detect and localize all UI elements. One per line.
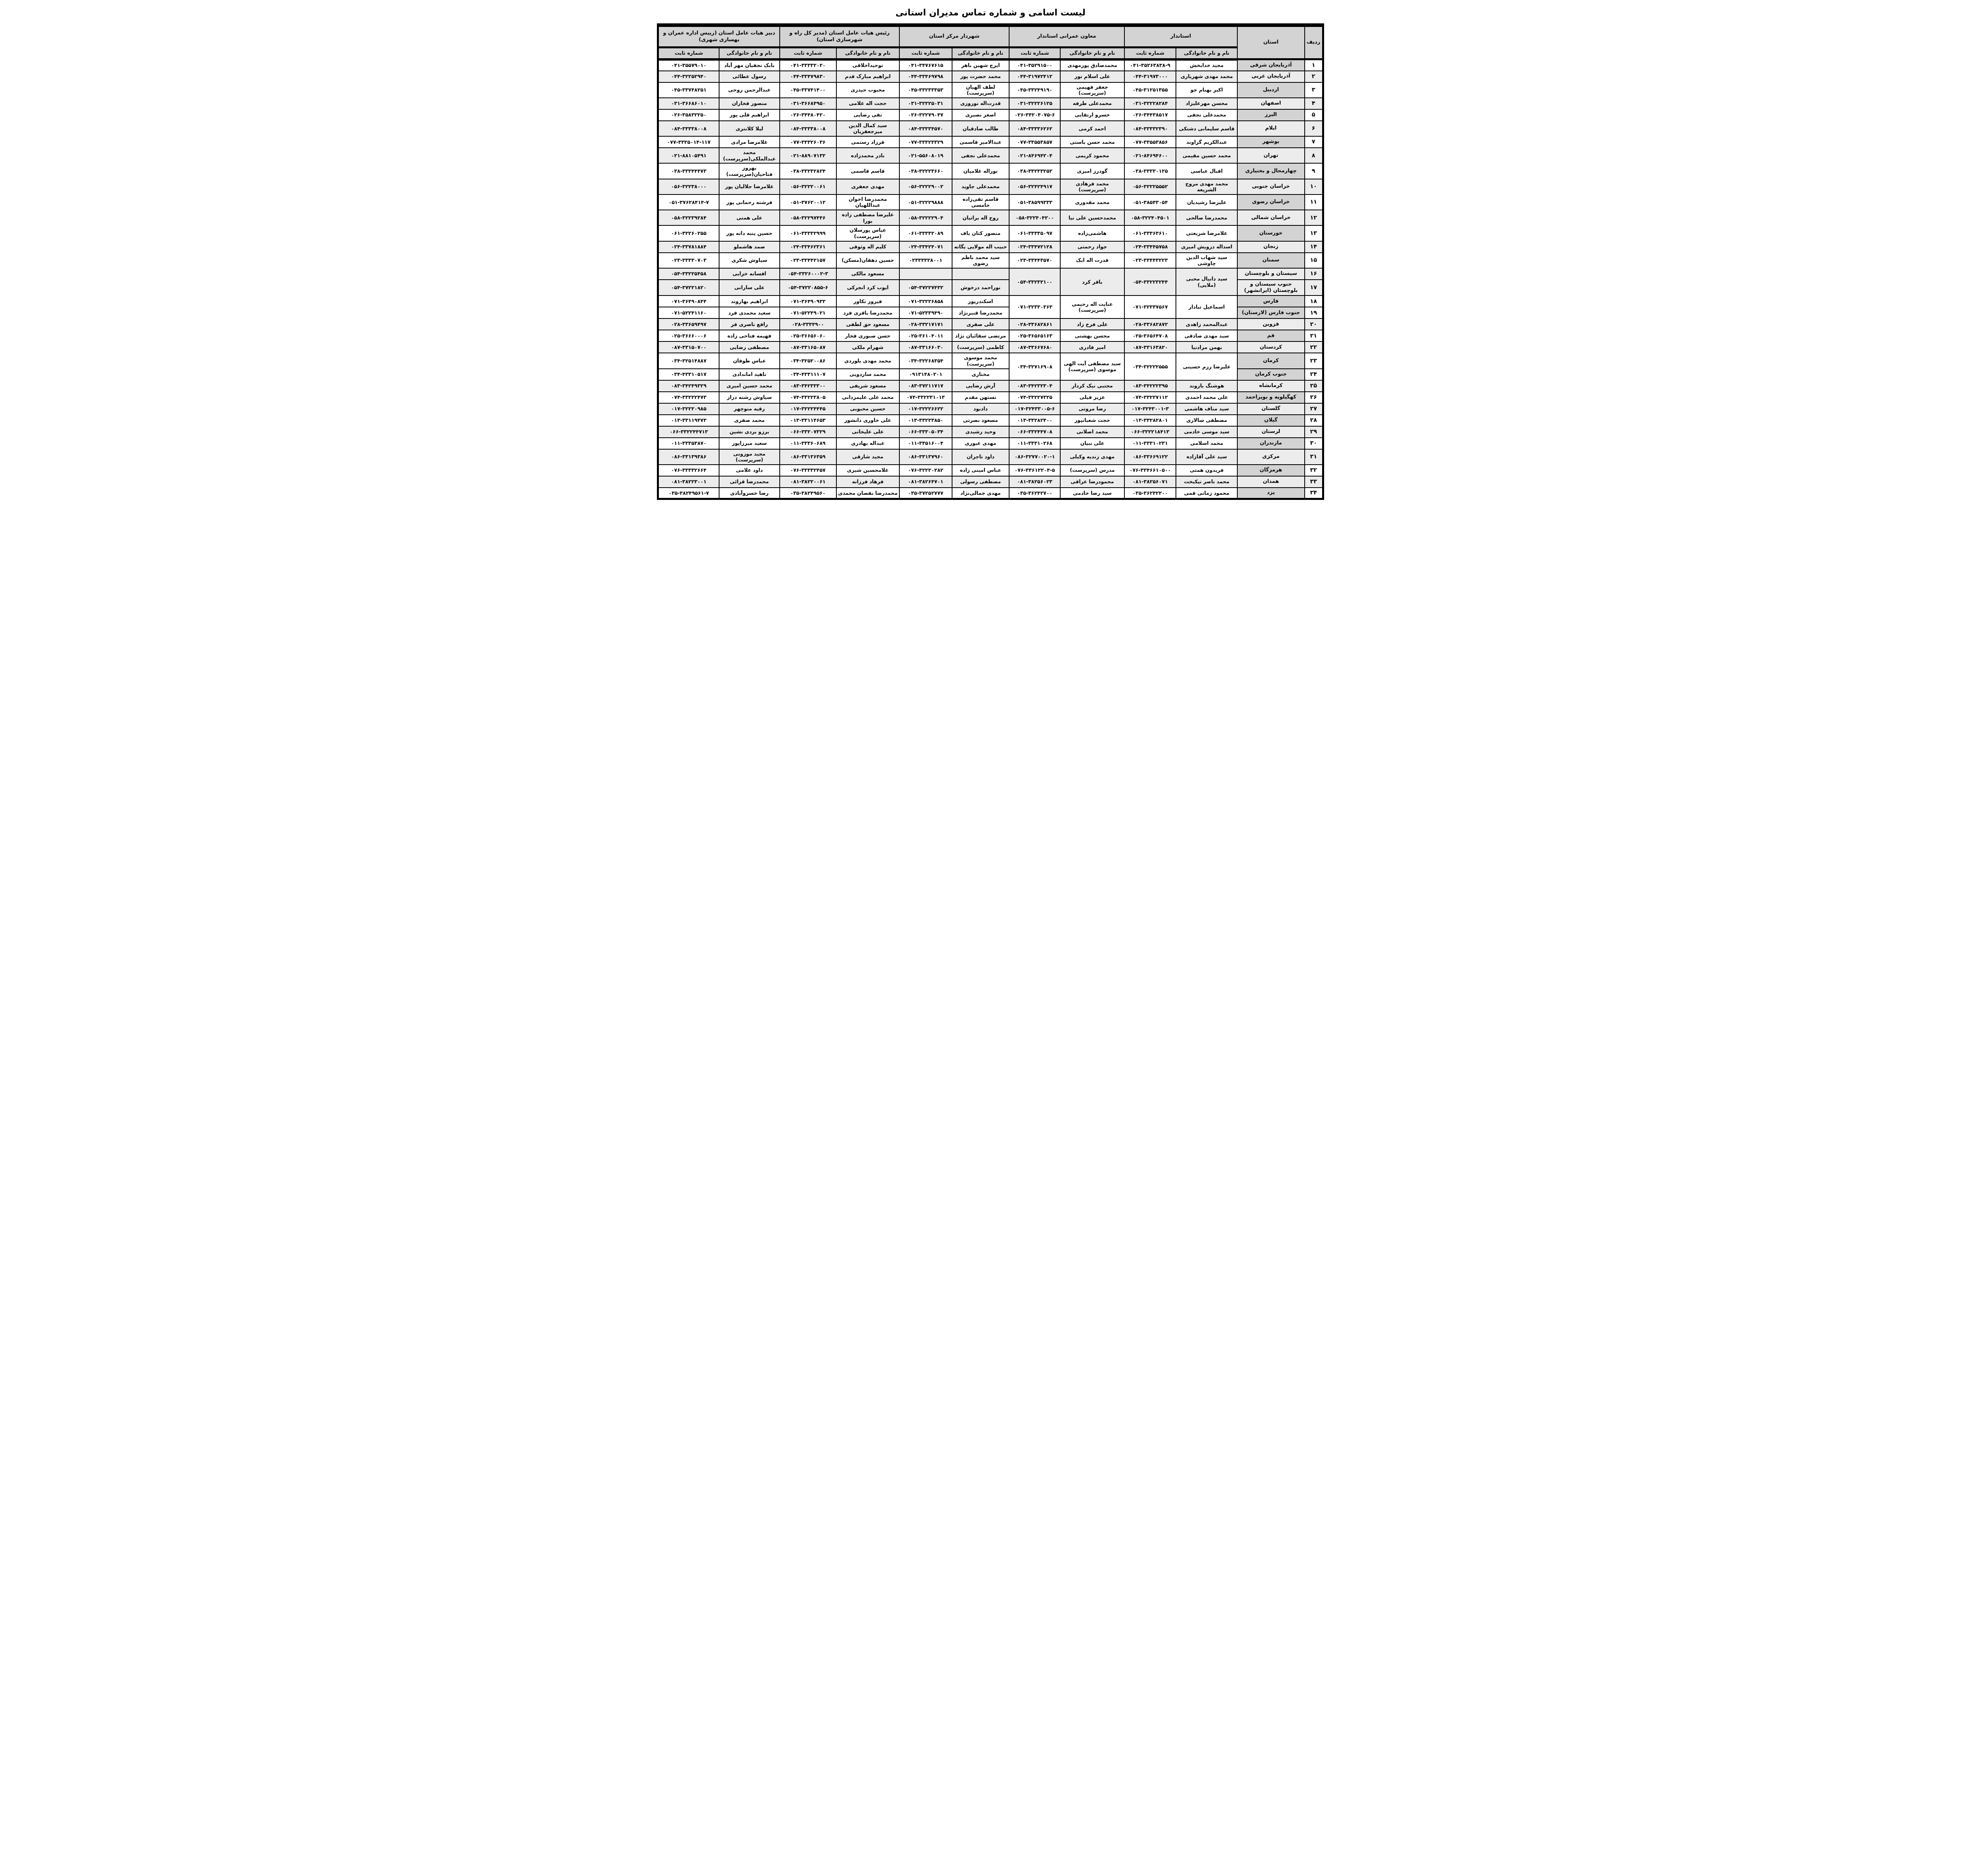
chief-phone-cell: ۰۱۳-۳۳۱۱۴۶۵۳ — [780, 415, 836, 426]
table-row: ۱۰خراسان جنوبیمحمد مهدی مروج الشریعه۰۵۶-… — [658, 179, 1323, 194]
secretary-phone-cell: ۰۵۱-۳۷۶۲۸۴۱۴-۷ — [658, 194, 719, 210]
mayor-name-cell: قاسم تقی‌زاده خامسی — [952, 194, 1009, 210]
mayor-phone-cell: ۰۶۱-۳۳۳۳۲۰۸۹ — [899, 225, 952, 241]
table-row: ۴اصفهانمحسن مهرعلیزاد۰۳۱-۳۲۲۲۸۲۸۴محمدعلی… — [658, 98, 1323, 109]
chief-phone-cell: ۰۵۴-۳۳۲۶۰۰۰۲-۳ — [780, 268, 836, 280]
secretary-name-cell: منصور فخاران — [719, 98, 780, 109]
table-row: ۱۸فارساسماعیل تبادار۰۷۱-۳۲۳۳۷۵۶۷عنایت ال… — [658, 296, 1323, 307]
mayor-name-cell: محمدرضا قنبرنژاد — [952, 307, 1009, 318]
chief-name-cell: علیرضا مصطفی زاده بورا — [836, 210, 900, 225]
governor-name-cell: علی محمد احمدی — [1176, 392, 1237, 403]
mayor-name-cell: لطف الهیان (سرپرست) — [952, 82, 1009, 98]
deputy-phone-cell: ۰۳۵-۳۶۲۴۲۷۰۰ — [1009, 488, 1060, 499]
deputy-phone-cell: ۰۵۴-۳۳۲۳۲۱۰۰ — [1009, 268, 1060, 296]
mayor-name-cell: محمد موسوی (سرپرست) — [952, 353, 1009, 368]
table-row: ۲آذربایجان غربیمحمد مهدی شهریاری۰۴۴-۳۱۹۷… — [658, 71, 1323, 82]
header-governor: استاندار — [1124, 25, 1237, 48]
chief-name-cell: محمد مهدی بلوردی — [836, 353, 900, 368]
governor-name-cell: اسماعیل تبادار — [1176, 296, 1237, 318]
mayor-name-cell: کاظمی (سرپرست) — [952, 341, 1009, 353]
province-cell: جنوب کرمان — [1237, 369, 1305, 380]
secretary-phone-cell: ۰۸۶-۳۳۱۳۹۳۸۶ — [658, 449, 719, 465]
province-cell: لرستان — [1237, 426, 1305, 438]
row-number-cell: ۲۱ — [1305, 330, 1323, 341]
governor-phone-cell: ۰۳۸-۳۳۳۳۰۱۲۵ — [1124, 163, 1176, 179]
chief-name-cell: فیروز تکاور — [836, 296, 900, 307]
secretary-phone-cell: ۰۷۴-۳۳۲۲۲۴۷۳ — [658, 392, 719, 403]
governor-name-cell: سید دانیال محبی (ملایی) — [1176, 268, 1237, 296]
governor-name-cell: اسداله درویش امیری — [1176, 241, 1237, 253]
secretary-phone-cell: ۰۵۴-۳۷۲۲۱۸۲۰ — [658, 280, 719, 296]
governor-name-cell: مصطفی سالاری — [1176, 415, 1237, 426]
deputy-phone-cell: ۰۵۸-۳۲۲۴۰۴۲۰۰ — [1009, 210, 1060, 225]
secretary-phone-cell: ۰۸۴-۳۳۳۳۸۰۰۸ — [658, 121, 719, 136]
mayor-phone-cell: ۰۵۶-۳۲۲۲۹۰۰۲ — [899, 179, 952, 194]
mayor-phone-cell: ۰۸۴-۳۳۳۳۴۵۷۰ — [899, 121, 952, 136]
secretary-phone-cell: ۰۷۶-۳۳۳۳۲۶۶۴ — [658, 465, 719, 476]
row-number-cell: ۱۹ — [1305, 307, 1323, 318]
secretary-phone-cell: ۰۲۱-۸۸۱۰۵۴۹۱ — [658, 148, 719, 163]
chief-phone-cell: ۰۳۴-۳۲۵۲۰۰۸۶ — [780, 353, 836, 368]
deputy-phone-cell: ۰۷۶-۳۳۶۱۲۲۰۴-۵ — [1009, 465, 1060, 476]
secretary-name-cell: عباس طوفان — [719, 353, 780, 368]
row-number-cell: ۹ — [1305, 163, 1323, 179]
mayor-name-cell: محمدعلی نجفی — [952, 148, 1009, 163]
table-row: ۳۱مرکزیسید علی آقازاده۰۸۶-۳۳۶۶۹۱۲۲مهدی ز… — [658, 449, 1323, 465]
governor-name-cell: فریدون همتی — [1176, 465, 1237, 476]
chief-name-cell: ابراهیم مبارک قدم — [836, 71, 900, 82]
chief-name-cell: حسین دهقان(مسکن) — [836, 253, 900, 268]
deputy-phone-cell: ۰۲۴-۳۳۴۷۲۱۲۸ — [1009, 241, 1060, 253]
secretary-phone-cell: ۰۸۷-۳۳۱۵۰۷۰۰ — [658, 341, 719, 353]
mayor-phone-cell: ۰۵۱-۳۲۲۲۹۸۸۸ — [899, 194, 952, 210]
chief-name-cell: حجت اله غلامی — [836, 98, 900, 109]
row-number-cell: ۱۷ — [1305, 280, 1323, 296]
mayor-phone-cell: ۰۵۸-۳۲۲۲۲۹۰۴ — [899, 210, 952, 225]
secretary-phone-cell: ۰۳۵-۳۸۲۴۹۵۶۱-۷ — [658, 488, 719, 499]
secretary-name-cell: بهروز فتاحیان(سرپرست) — [719, 163, 780, 179]
governor-name-cell: عبدالکریم گراوند — [1176, 136, 1237, 148]
deputy-phone-cell: ۰۳۸-۳۳۲۳۳۲۵۲ — [1009, 163, 1060, 179]
managers-table: ردیف استان استاندار معاون عمرانی استاندا… — [657, 23, 1324, 500]
province-cell: گلستان — [1237, 403, 1305, 415]
governor-name-cell: محمد مهدی مروج الشریعه — [1176, 179, 1237, 194]
province-cell: خوزستان — [1237, 225, 1305, 241]
header-deputy-name: نام و نام خانوادگی — [1060, 48, 1124, 59]
row-number-cell: ۲ — [1305, 71, 1323, 82]
mayor-phone-cell: ۰۷۷-۳۳۳۲۳۳۲۹ — [899, 136, 952, 148]
mayor-name-cell: نوراحمد درخوش — [952, 280, 1009, 296]
deputy-phone-cell: ۰۸۴-۳۳۳۳۶۲۶۲ — [1009, 121, 1060, 136]
governor-name-cell: قاسم سلیمانی دشتکی — [1176, 121, 1237, 136]
header-mayor-name: نام و نام خانوادگی — [952, 48, 1009, 59]
governor-name-cell: محمد اسلامی — [1176, 438, 1237, 449]
table-row: ۱۱خراسان رضویعلیرضا رشیدیان۰۵۱-۳۸۵۴۳۰۵۴م… — [658, 194, 1323, 210]
deputy-phone-cell: ۰۲۸-۳۳۶۸۲۸۶۱ — [1009, 318, 1060, 330]
secretary-phone-cell: ۰۳۴-۳۲۵۱۴۸۸۷ — [658, 353, 719, 368]
header-chief-name: نام و نام خانوادگی — [836, 48, 900, 59]
secretary-name-cell: غلامرضا مرادی — [719, 136, 780, 148]
chief-phone-cell: ۰۲۴-۳۳۴۶۲۳۶۱ — [780, 241, 836, 253]
deputy-name-cell: سید رضا خادمی — [1060, 488, 1124, 499]
row-number-cell: ۲۳ — [1305, 353, 1323, 368]
governor-name-cell: عبدالمحمد زاهدی — [1176, 318, 1237, 330]
mayor-phone-cell: ۰۲۳۳۳۳۲۸۰۰۱ — [899, 253, 952, 268]
chief-phone-cell: ۰۵۸-۳۲۲۹۷۴۴۶ — [780, 210, 836, 225]
secretary-name-cell: سعید محمدی فرد — [719, 307, 780, 318]
governor-phone-cell: ۰۸۶-۳۳۶۶۹۱۲۲ — [1124, 449, 1176, 465]
chief-phone-cell: ۰۸۷-۳۳۱۶۵۰۸۷ — [780, 341, 836, 353]
mayor-name-cell: منصور کتان باف — [952, 225, 1009, 241]
mayor-name-cell: ایرج شهین باهر — [952, 59, 1009, 71]
deputy-name-cell: علی نبیان — [1060, 438, 1124, 449]
chief-phone-cell: ۰۷۷-۳۳۳۲۶۰۳۶ — [780, 136, 836, 148]
deputy-phone-cell: ۰۴۱-۳۵۲۹۱۵۰۰ — [1009, 59, 1060, 71]
deputy-phone-cell: ۰۵۱-۳۸۵۹۹۳۳۳ — [1009, 194, 1060, 210]
secretary-phone-cell: ۰۲۶-۳۵۸۳۲۲۵۰ — [658, 109, 719, 121]
secretary-name-cell: حسین پنبه دانه پور — [719, 225, 780, 241]
governor-phone-cell: ۰۱۳-۳۳۲۸۲۸۰۱ — [1124, 415, 1176, 426]
mayor-phone-cell: ۰۹۱۳۱۴۸۰۲۰۱ — [899, 369, 952, 380]
table-row: ۱۶سیستان و بلوچستانسید دانیال محبی (ملای… — [658, 268, 1323, 280]
mayor-name-cell — [952, 268, 1009, 280]
secretary-name-cell: افسانه خزایی — [719, 268, 780, 280]
chief-phone-cell: ۰۸۴-۳۳۳۳۸۰۰۸ — [780, 121, 836, 136]
province-cell: اصفهان — [1237, 98, 1305, 109]
chief-name-cell: محمدرضا اخوان عبداللهیان — [836, 194, 900, 210]
header-chief: رئیس هیات عامل استان (مدیر کل راه و شهرس… — [780, 25, 899, 48]
deputy-name-cell: رضا مروتی — [1060, 403, 1124, 415]
deputy-phone-cell: ۰۸۱-۳۸۲۵۶۰۲۳ — [1009, 476, 1060, 488]
row-number-cell: ۱۴ — [1305, 241, 1323, 253]
deputy-phone-cell: ۰۱۱-۳۳۳۱۰۲۶۸ — [1009, 438, 1060, 449]
province-cell: گیلان — [1237, 415, 1305, 426]
table-row: ۱۳خوزستانغلامرضا شریعتی۰۶۱-۳۳۳۶۳۶۱۰هاشمی… — [658, 225, 1323, 241]
province-cell: کرمانشاه — [1237, 380, 1305, 392]
mayor-name-cell: اسکندرپور — [952, 296, 1009, 307]
row-number-cell: ۱۱ — [1305, 194, 1323, 210]
header-province: استان — [1237, 25, 1305, 59]
secretary-phone-cell: ۰۸۳-۳۴۲۴۹۳۲۹ — [658, 380, 719, 392]
row-number-cell: ۱۳ — [1305, 225, 1323, 241]
governor-phone-cell: ۰۴۱-۳۵۲۶۳۸۳۸-۹ — [1124, 59, 1176, 71]
table-row: ۳۲هرمزگانفریدون همتی۰۷۶-۳۳۴۶۶۱۰۵۰۰مدرس (… — [658, 465, 1323, 476]
province-cell: تهران — [1237, 148, 1305, 163]
mayor-name-cell: مسعود نصرتی — [952, 415, 1009, 426]
table-row: ۲۳کرمانعلیرضا رزم حسینی۰۳۴-۳۲۲۲۲۵۵۵سید م… — [658, 353, 1323, 368]
mayor-name-cell: آرش رضایی — [952, 380, 1009, 392]
secretary-phone-cell: ۰۲۵-۳۶۶۶۰۰۰۶ — [658, 330, 719, 341]
secretary-phone-cell: ۰۳۱-۳۶۶۸۶۰۱۰ — [658, 98, 719, 109]
secretary-phone-cell: ۰۷۱-۳۶۴۹۰۸۴۴ — [658, 296, 719, 307]
row-number-cell: ۳۰ — [1305, 438, 1323, 449]
table-row: ۳۳همدانمحمد ناصر نیکبخت۰۸۱-۳۸۲۵۶۰۷۱محمود… — [658, 476, 1323, 488]
deputy-name-cell: قدرت اله ابک — [1060, 253, 1124, 268]
deputy-phone-cell: ۰۲۵-۳۶۵۶۵۱۶۳ — [1009, 330, 1060, 341]
secretary-name-cell: سیاوش شکری — [719, 253, 780, 268]
governor-phone-cell: ۰۲۸-۳۳۶۸۲۸۷۲ — [1124, 318, 1176, 330]
deputy-name-cell: هاشمی‌زاده — [1060, 225, 1124, 241]
chief-name-cell: نادر محمدزاده — [836, 148, 900, 163]
chief-name-cell: محمد ساردویی — [836, 369, 900, 380]
mayor-phone-cell: ۰۷۴-۳۳۲۲۳۱۰۱۳ — [899, 392, 952, 403]
chief-name-cell: فرهاد فرزانه — [836, 476, 900, 488]
chief-phone-cell: ۰۶۱-۳۳۳۳۲۹۹۹ — [780, 225, 836, 241]
table-row: ۵البرزمحمدعلی نجفی۰۲۶-۳۴۴۳۸۵۱۷خسرو ارتقا… — [658, 109, 1323, 121]
chief-phone-cell: ۰۴۵-۳۳۷۴۱۴۰۰ — [780, 82, 836, 98]
secretary-phone-cell: ۰۳۴-۴۳۳۱۰۵۱۷ — [658, 369, 719, 380]
secretary-name-cell: برزو بردی نشین — [719, 426, 780, 438]
province-cell: چهارمحال و بختیاری — [1237, 163, 1305, 179]
chief-phone-cell: ۰۲۱-۸۸۹۰۷۱۳۲ — [780, 148, 836, 163]
chief-phone-cell: ۰۳۸-۳۳۲۳۲۸۲۴ — [780, 163, 836, 179]
chief-name-cell: فرزاد رستمی — [836, 136, 900, 148]
governor-phone-cell: ۰۷۶-۳۳۴۶۶۱۰۵۰۰ — [1124, 465, 1176, 476]
province-cell: ایلام — [1237, 121, 1305, 136]
chief-phone-cell: ۰۲۶-۳۴۴۸۰۴۲۰ — [780, 109, 836, 121]
mayor-name-cell: علی صفری — [952, 318, 1009, 330]
deputy-name-cell: عنایت اله رحیمی (سرپرست) — [1060, 296, 1124, 318]
deputy-phone-cell: ۰۳۴-۳۲۷۱۶۹۰۸ — [1009, 353, 1060, 380]
secretary-phone-cell: ۰۱۷-۳۲۲۲۰۹۸۵ — [658, 403, 719, 415]
governor-name-cell: غلامرضا شریعتی — [1176, 225, 1237, 241]
chief-phone-cell: ۰۲۳-۳۳۴۴۲۱۵۷ — [780, 253, 836, 268]
province-cell: خراسان جنوبی — [1237, 179, 1305, 194]
chief-name-cell: مسعود حق لطفی — [836, 318, 900, 330]
chief-phone-cell: ۰۴۱-۳۳۳۳۲۰۲۰ — [780, 59, 836, 71]
mayor-phone-cell: ۰۴۴-۳۳۴۶۹۷۹۸ — [899, 71, 952, 82]
province-cell: خراسان شمالی — [1237, 210, 1305, 225]
mayor-phone-cell: ۰۳۸-۳۲۲۲۳۶۶۰ — [899, 163, 952, 179]
deputy-phone-cell: ۰۱۳-۳۳۲۸۲۴۰۰ — [1009, 415, 1060, 426]
chief-name-cell: محمدرضا نقصان محمدی — [836, 488, 900, 499]
mayor-phone-cell: ۰۸۶-۳۳۱۳۷۹۶۰ — [899, 449, 952, 465]
deputy-name-cell: محسن بهشتی — [1060, 330, 1124, 341]
province-cell: قم — [1237, 330, 1305, 341]
province-cell: آذربایجان غربی — [1237, 71, 1305, 82]
mayor-phone-cell: ۰۶۶-۳۳۳۰۵۰۳۴ — [899, 426, 952, 438]
governor-phone-cell: ۰۲۵-۳۶۵۶۴۷۰۸ — [1124, 330, 1176, 341]
province-cell: جنوب سیستان و بلوچستان (ایرانشهر) — [1237, 280, 1305, 296]
province-cell: سمنان — [1237, 253, 1305, 268]
province-cell: کردستان — [1237, 341, 1305, 353]
governor-phone-cell: ۰۱۷-۳۲۴۳۰۰۱-۳ — [1124, 403, 1176, 415]
mayor-name-cell: اصغر نصیری — [952, 109, 1009, 121]
deputy-name-cell: محمدحسین علی نیا — [1060, 210, 1124, 225]
governor-phone-cell: ۰۵۴-۳۳۲۲۳۲۴۴ — [1124, 268, 1176, 296]
header-mayor: شهردار مرکز استان — [899, 25, 1009, 48]
table-row: ۱۲خراسان شمالیمحمدرضا صالحی۰۵۸-۳۲۲۴۰۴۵۰۱… — [658, 210, 1323, 225]
header-governor-phone: شماره ثابت — [1124, 48, 1176, 59]
province-cell: یزد — [1237, 488, 1305, 499]
row-number-cell: ۱۵ — [1305, 253, 1323, 268]
deputy-name-cell: باقر کرد — [1060, 268, 1124, 296]
chief-phone-cell: ۰۸۳-۳۴۲۳۳۳۰۰ — [780, 380, 836, 392]
mayor-phone-cell — [899, 268, 952, 280]
mayor-name-cell: مختاری — [952, 369, 1009, 380]
table-row: ۲۹لرستانسید موسی خادمی۰۶۶-۳۳۲۲۱۸۴۱۳محمد … — [658, 426, 1323, 438]
mayor-phone-cell: ۰۱۱-۳۳۵۱۶۰۰۴ — [899, 438, 952, 449]
deputy-phone-cell: ۰۸۶-۳۲۷۷۰۰۲۰-۱ — [1009, 449, 1060, 465]
governor-phone-cell: ۰۸۷-۳۳۱۶۳۸۲۰ — [1124, 341, 1176, 353]
header-governor-name: نام و نام خانوادگی — [1176, 48, 1237, 59]
governor-name-cell: اقبال عباسی — [1176, 163, 1237, 179]
governor-name-cell: محمدرضا صالحی — [1176, 210, 1237, 225]
mayor-phone-cell: ۰۱۳-۳۳۲۲۳۸۵۰ — [899, 415, 952, 426]
mayor-name-cell: مهدی جمالی‌نژاد — [952, 488, 1009, 499]
governor-name-cell: سید علی آقازاده — [1176, 449, 1237, 465]
secretary-name-cell: رسول عطائی — [719, 71, 780, 82]
secretary-phone-cell: ۰۱۱-۳۳۳۵۳۸۷۰ — [658, 438, 719, 449]
mayor-phone-cell: ۰۲۶-۳۲۲۷۹۰۴۷ — [899, 109, 952, 121]
secretary-name-cell: محمد عبدالملکی(سرپرست) — [719, 148, 780, 163]
secretary-phone-cell: ۰۳۸-۳۳۳۴۴۴۷۳ — [658, 163, 719, 179]
row-number-cell: ۳۳ — [1305, 476, 1323, 488]
mayor-name-cell: مصطفی رسولی — [952, 476, 1009, 488]
province-cell: خراسان رضوی — [1237, 194, 1305, 210]
chief-name-cell: محمد علی علیمردانی — [836, 392, 900, 403]
table-row: ۳اردبیلاکبر بهنام جو۰۴۵-۳۱۲۵۱۳۵۵جعفر فهی… — [658, 82, 1323, 98]
chief-name-cell: مسعود شریفی — [836, 380, 900, 392]
governor-name-cell: محسن مهرعلیزاد — [1176, 98, 1237, 109]
chief-name-cell: شهرام ملکی — [836, 341, 900, 353]
chief-name-cell: مجید شارقی — [836, 449, 900, 465]
table-row: ۱آذربایجان شرقیمجید خدابخش۰۴۱-۳۵۲۶۳۸۳۸-۹… — [658, 59, 1323, 71]
secretary-phone-cell: ۰۶۶-۳۳۲۲۴۴۷۱۳ — [658, 426, 719, 438]
deputy-phone-cell: ۰۷۱-۳۲۳۳۰۳۶۳ — [1009, 296, 1060, 318]
deputy-name-cell: محمد فرهادی (سرپرست) — [1060, 179, 1124, 194]
chief-name-cell: تقی رضایی — [836, 109, 900, 121]
header-secretary: دبیر هیات عامل استان (رییس اداره عمران و… — [658, 25, 780, 48]
governor-phone-cell: ۰۲۴-۳۳۴۴۵۷۵۸ — [1124, 241, 1176, 253]
chief-phone-cell: ۰۷۶-۳۳۳۳۲۴۵۷ — [780, 465, 836, 476]
chief-phone-cell: ۰۷۱-۳۶۴۹۰۹۳۲ — [780, 296, 836, 307]
secretary-name-cell: محمدرضا قرائی — [719, 476, 780, 488]
secretary-name-cell: رقیه منوچهر — [719, 403, 780, 415]
secretary-name-cell: محمد صفری — [719, 415, 780, 426]
secretary-name-cell: سعید میرزاپور — [719, 438, 780, 449]
governor-name-cell: علیرضا رشیدیان — [1176, 194, 1237, 210]
secretary-name-cell: فهیمه فتاحی زاده — [719, 330, 780, 341]
mayor-phone-cell: ۰۸۷-۳۳۱۶۶۰۳۰ — [899, 341, 952, 353]
deputy-name-cell: محمد مقدوری — [1060, 194, 1124, 210]
governor-phone-cell: ۰۸۴-۳۳۳۳۲۳۹۰ — [1124, 121, 1176, 136]
chief-name-cell: عبداله بهادری — [836, 438, 900, 449]
mayor-phone-cell: ۰۳۱-۳۲۲۲۵۰۳۱ — [899, 98, 952, 109]
row-number-cell: ۲۵ — [1305, 380, 1323, 392]
header-mayor-phone: شماره ثابت — [899, 48, 952, 59]
table-row: ۳۴یزدمحمود زمانی قمی۰۳۵-۳۶۲۴۲۲۰۰سید رضا … — [658, 488, 1323, 499]
chief-phone-cell: ۰۷۱-۵۲۲۴۹۰۲۱ — [780, 307, 836, 318]
deputy-phone-cell: ۰۸۷-۳۳۶۶۷۶۸۰ — [1009, 341, 1060, 353]
province-cell: کهگیلویه و بویراحمد — [1237, 392, 1305, 403]
secretary-phone-cell: ۰۱۳-۳۳۱۱۹۴۷۳ — [658, 415, 719, 426]
chief-name-cell: علی خاوری دانشور — [836, 415, 900, 426]
secretary-phone-cell: ۰۴۱-۳۵۵۷۹۰۱۰ — [658, 59, 719, 71]
table-row: ۲۶کهگیلویه و بویراحمدعلی محمد احمدی۰۷۴-۳… — [658, 392, 1323, 403]
deputy-name-cell: محمدعلی طرفه — [1060, 98, 1124, 109]
chief-name-cell: کلیم اله وثوقی — [836, 241, 900, 253]
table-row: ۲۵کرمانشاههوشنگ بازوند۰۸۳-۳۴۲۲۲۳۹۵مجتبی … — [658, 380, 1323, 392]
secretary-phone-cell: ۰۸۱-۳۸۲۲۳۰۰۱ — [658, 476, 719, 488]
secretary-name-cell: علی همتی — [719, 210, 780, 225]
chief-phone-cell: ۰۱۷-۳۲۲۲۴۴۴۵ — [780, 403, 836, 415]
governor-name-cell: سید مهدی صادقی — [1176, 330, 1237, 341]
province-cell: سیستان و بلوچستان — [1237, 268, 1305, 280]
deputy-name-cell: سید مصطفی آیت الهی موسوی (سرپرست) — [1060, 353, 1124, 380]
chief-name-cell: عباس پورسلان (سرپرست) — [836, 225, 900, 241]
secretary-phone-cell: ۰۲۸-۳۳۶۵۹۴۹۷ — [658, 318, 719, 330]
table-row: ۲۰قزوینعبدالمحمد زاهدی۰۲۸-۳۳۶۸۲۸۷۲علی فر… — [658, 318, 1323, 330]
mayor-phone-cell: ۰۲۵-۳۶۱۰۴۰۱۱ — [899, 330, 952, 341]
province-cell: آذربایجان شرقی — [1237, 59, 1305, 71]
row-number-cell: ۳۱ — [1305, 449, 1323, 465]
mayor-name-cell: محمد حضرت پور — [952, 71, 1009, 82]
row-number-cell: ۸ — [1305, 148, 1323, 163]
mayor-phone-cell: ۰۷۱-۵۲۳۳۹۴۹۰ — [899, 307, 952, 318]
deputy-phone-cell: ۰۶۱-۳۳۳۳۵۰۹۷ — [1009, 225, 1060, 241]
mayor-name-cell: عبدالامیر قاسمی — [952, 136, 1009, 148]
mayor-name-cell: روح اله براتیان — [952, 210, 1009, 225]
province-cell: مرکزی — [1237, 449, 1305, 465]
secretary-name-cell: بابک نجفیان مهر آباد — [719, 59, 780, 71]
mayor-name-cell: قدرت‌اله نوروزی — [952, 98, 1009, 109]
governor-phone-cell: ۰۲۶-۳۴۴۳۸۵۱۷ — [1124, 109, 1176, 121]
mayor-phone-cell: ۰۲۸-۳۳۲۱۷۱۷۱ — [899, 318, 952, 330]
province-cell: فارس — [1237, 296, 1305, 307]
mayor-phone-cell: ۰۳۴-۳۲۲۶۸۳۵۴ — [899, 353, 952, 368]
row-number-cell: ۷ — [1305, 136, 1323, 148]
governor-name-cell: بهمن مرادنیا — [1176, 341, 1237, 353]
deputy-phone-cell: ۰۱۷-۳۲۴۳۳۰۰۵-۶ — [1009, 403, 1060, 415]
secretary-phone-cell: ۰۶۱-۳۲۲۶۰۲۵۵ — [658, 225, 719, 241]
chief-name-cell: غلامحسین شیری — [836, 465, 900, 476]
governor-phone-cell: ۰۲۳-۳۳۴۴۳۲۲۳ — [1124, 253, 1176, 268]
table-header: ردیف استان استاندار معاون عمرانی استاندا… — [658, 25, 1323, 59]
province-cell: زنجان — [1237, 241, 1305, 253]
chief-name-cell: حسن صبوری فخار — [836, 330, 900, 341]
chief-phone-cell: ۰۱۱-۳۳۳۶۰۶۸۹ — [780, 438, 836, 449]
chief-phone-cell: ۰۵۴-۳۷۲۲۰۸۵۵-۶ — [780, 280, 836, 296]
deputy-phone-cell: ۰۲۶-۳۴۲۰۴۰۷۵-۶ — [1009, 109, 1060, 121]
header-secretary-phone: شماره ثابت — [658, 48, 719, 59]
mayor-name-cell: محمدعلی جاوید — [952, 179, 1009, 194]
mayor-name-cell: نوراله غلامیان — [952, 163, 1009, 179]
chief-phone-cell: ۰۸۶-۳۳۱۳۶۳۵۹ — [780, 449, 836, 465]
chief-name-cell: علی علیخانی — [836, 426, 900, 438]
deputy-name-cell: علی فرخ زاد — [1060, 318, 1124, 330]
governor-phone-cell: ۰۸۳-۳۴۲۲۲۳۹۵ — [1124, 380, 1176, 392]
chief-name-cell: محبوب حیدری — [836, 82, 900, 98]
mayor-phone-cell: ۰۳۵-۳۷۲۵۲۷۷۷ — [899, 488, 952, 499]
governor-phone-cell: ۰۴۵-۳۱۲۵۱۳۵۵ — [1124, 82, 1176, 98]
table-row: ۱۵سمنانسید شهاب الدین چاوشی۰۲۳-۳۳۴۴۳۲۲۳ق… — [658, 253, 1323, 268]
row-number-cell: ۳ — [1305, 82, 1323, 98]
mayor-name-cell: وحید رشیدی — [952, 426, 1009, 438]
row-number-cell: ۱۲ — [1305, 210, 1323, 225]
row-number-cell: ۲۷ — [1305, 403, 1323, 415]
mayor-phone-cell: ۰۲۱-۵۵۶۰۸۰۱۹ — [899, 148, 952, 163]
chief-phone-cell: ۰۶۶-۳۳۲۰۷۳۲۹ — [780, 426, 836, 438]
table-row: ۳۰مازندرانمحمد اسلامی۰۱۱-۳۳۳۱۰۲۳۱علی نبی… — [658, 438, 1323, 449]
secretary-phone-cell: ۰۴۴-۳۲۲۵۲۹۴۰ — [658, 71, 719, 82]
header-chief-phone: شماره ثابت — [780, 48, 836, 59]
secretary-name-cell: محمد حسین امیری — [719, 380, 780, 392]
table-row: ۲۲کردستانبهمن مرادنیا۰۸۷-۳۳۱۶۳۸۲۰امیر قا… — [658, 341, 1323, 353]
chief-name-cell: توحیداخلاقی — [836, 59, 900, 71]
province-cell: البرز — [1237, 109, 1305, 121]
secretary-name-cell: مجید موزونی (سرپرست) — [719, 449, 780, 465]
